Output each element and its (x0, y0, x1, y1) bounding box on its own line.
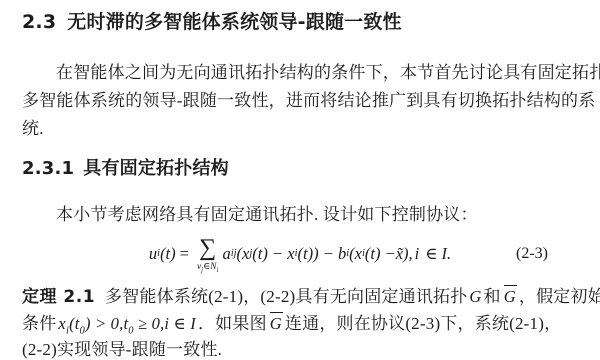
subsection-title: 具有固定拓扑结构 (83, 158, 229, 179)
theorem-text: ．如果图 (198, 314, 267, 333)
math-term: ) > 0, (85, 314, 123, 333)
theorem-label: 定理 2.1 (22, 287, 95, 307)
subsection-number: 2.3.1 (22, 158, 74, 179)
paragraph-line: 在智能体之间为无向通讯拓扑结构的条件下，本节首先讨论具有固定拓扑 (22, 59, 578, 87)
theorem-text: 多智能体系统(2-1)，(2-2)具有无向固定通讯拓扑 (105, 287, 467, 306)
math-term: ), (403, 244, 413, 264)
limit-sub: i (217, 266, 219, 274)
sigma-symbol: ∑ (199, 236, 216, 261)
equation-number: (2-3) (516, 245, 548, 263)
math-term: (t (69, 314, 79, 333)
math-var-G: G (469, 287, 481, 306)
subsection-heading: 2.3.1具有固定拓扑结构 (22, 156, 578, 181)
math-term: (t)) − b (298, 244, 347, 264)
theorem-text: 连通，则在协议(2-3)下，系统(2-1)， (285, 314, 561, 333)
protocol-paragraph: 本小节考虑网络具有固定通讯拓扑. 设计如下控制协议： (22, 202, 578, 228)
paragraph-line: 统. (22, 115, 578, 143)
inline-math: xi(t0) > 0,t0 ≥ 0,i ∈ I (58, 314, 196, 333)
equation-2-3: ui(t) = ∑ vj∈Ni aij(xj(t) − xi(t)) − bi(… (22, 231, 578, 277)
math-term: (x (237, 244, 250, 264)
math-term: ≥ 0, (134, 314, 165, 333)
math-period: . (447, 244, 451, 264)
section-heading: 2.3无时滞的多智能体系统领导-跟随一致性 (22, 9, 578, 36)
math-var-Gbar: G (269, 311, 283, 338)
theorem-text: ，假定初始 (519, 287, 600, 306)
theorem-text: 条件 (22, 314, 56, 333)
math-arg: (t) (160, 244, 176, 264)
math-var-I: I (190, 314, 196, 333)
math-var-a: a (222, 244, 230, 264)
math-var-Gbar: G (503, 284, 517, 311)
element-of-sign: ∈ (169, 314, 190, 333)
limit-set: ∈N (203, 262, 216, 272)
math-var-xtilde: x̃ (396, 244, 403, 264)
summation: ∑ vj∈Ni (197, 236, 219, 272)
theorem-text: 和 (484, 287, 501, 306)
element-of-sign: ∈ (425, 244, 437, 264)
theorem-line: (2-2)实现领导-跟随一致性. (22, 337, 578, 360)
section-number: 2.3 (22, 11, 56, 33)
intro-paragraph: 在智能体之间为无向通讯拓扑结构的条件下，本节首先讨论具有固定拓扑 多智能体系统的… (22, 59, 578, 143)
theorem-line: 条件xi(t0) > 0,t0 ≥ 0,i ∈ I．如果图G连通，则在协议(2-… (22, 311, 578, 338)
section-title: 无时滞的多智能体系统领导-跟随一致性 (67, 11, 402, 33)
theorem-line: 定理 2.1多智能体系统(2-1)，(2-2)具有无向固定通讯拓扑G和G，假定初… (22, 284, 578, 311)
math-var-u: u (149, 244, 157, 264)
equation-body: ui(t) = ∑ vj∈Ni aij(xj(t) − xi(t)) − bi(… (149, 231, 451, 277)
equals-sign: = (180, 244, 189, 264)
summation-limits: vj∈Ni (197, 262, 219, 272)
theorem-2-1: 定理 2.1多智能体系统(2-1)，(2-2)具有无向固定通讯拓扑G和G，假定初… (22, 284, 578, 360)
document-page: 2.3无时滞的多智能体系统领导-跟随一致性 在智能体之间为无向通讯拓扑结构的条件… (0, 0, 600, 360)
math-var-x: x (58, 314, 66, 333)
math-term: (x (349, 244, 362, 264)
math-var-i: i (415, 244, 420, 264)
paragraph-line: 多智能体系统的领导-跟随一致性，进而将结论推广到具有切换拓扑结构的系 (22, 87, 578, 115)
math-term: (t) − (365, 244, 396, 264)
math-term: (t) − x (252, 244, 294, 264)
